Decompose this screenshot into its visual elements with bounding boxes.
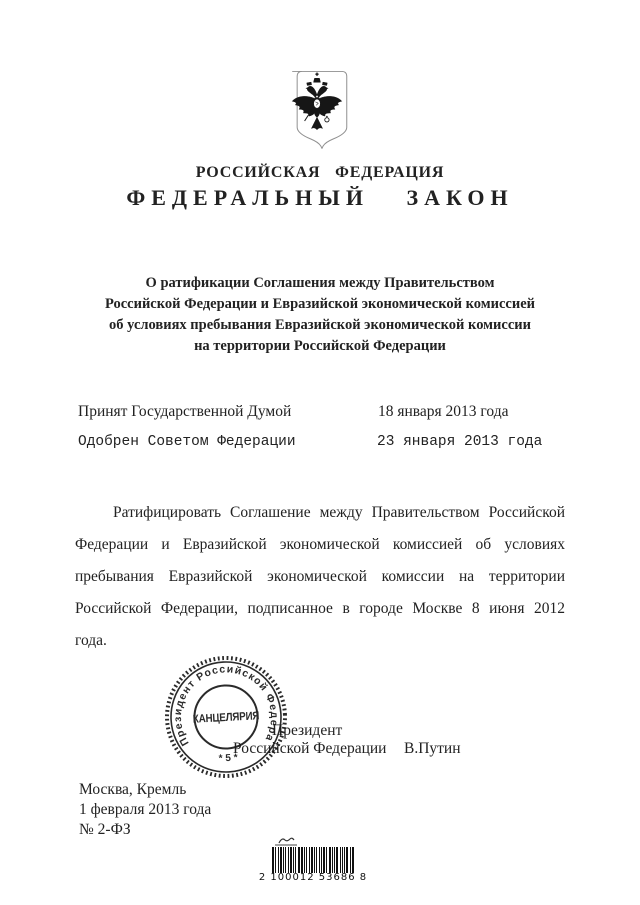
law-title-line: Российской Федерации и Евразийской эконо…: [40, 294, 600, 315]
coat-of-arms: [286, 70, 348, 151]
footer-law-number: № 2-ФЗ: [79, 820, 211, 840]
barcode-bar: [326, 847, 327, 873]
barcode-bar: [285, 847, 286, 873]
barcode-bar: [323, 847, 325, 873]
law-title-line: об условиях пребывания Евразийской эконо…: [40, 315, 600, 336]
barcode-bar: [352, 847, 354, 873]
barcode-bar: [314, 847, 315, 873]
barcode-bar: [278, 847, 279, 873]
barcode-bar: [346, 847, 348, 873]
council-approval-date: 23 января 2013 года: [377, 434, 542, 450]
footer-place: Москва, Кремль: [79, 780, 211, 800]
barcode-bar: [298, 847, 300, 873]
barcode-bar: [334, 847, 335, 873]
stamp-copy-number: * 5 *: [218, 752, 238, 764]
law-title-line: на территории Российской Федерации: [40, 336, 600, 357]
body-line: Российской Федерации, подписанное в горо…: [75, 593, 565, 657]
barcode-bar: [329, 847, 331, 873]
barcode-bar: [283, 847, 284, 873]
barcode-bar: [316, 847, 317, 873]
barcode-bar: [293, 847, 294, 873]
stamp-center-text: КАНЦЕЛЯРИЯ: [193, 710, 260, 726]
barcode-bar: [272, 847, 274, 873]
barcode-bar: [344, 847, 345, 873]
country-heading: РОССИЙСКАЯ ФЕДЕРАЦИЯ: [0, 164, 640, 182]
barcode-bar: [340, 847, 341, 873]
document-type-heading: ФЕДЕРАЛЬНЫЙ ЗАКОН: [0, 185, 640, 211]
ratification-paragraph: Ратифицировать Соглашение между Правител…: [75, 497, 565, 657]
barcode-bar: [295, 847, 296, 873]
duma-adoption-label: Принят Государственной Думой: [78, 403, 291, 421]
barcode-bar: [288, 847, 289, 873]
barcode-bar: [306, 847, 307, 873]
barcode-bar: [304, 847, 305, 873]
barcode-bar: [301, 847, 303, 873]
barcode-bar: [290, 847, 292, 873]
law-title: О ратификации Соглашения между Правитель…: [40, 273, 600, 357]
barcode-bar: [342, 847, 343, 873]
barcode-bar: [275, 847, 276, 873]
barcode-bar: [319, 847, 320, 873]
chancellery-stamp: Президент Российской Федерации * 5 * КАН…: [159, 650, 294, 785]
barcode-bar: [280, 847, 282, 873]
law-title-line: О ратификации Соглашения между Правитель…: [40, 273, 600, 294]
barcode-bar: [311, 847, 313, 873]
stamp-ring-text: Президент Российской Федерации: [159, 650, 282, 750]
duma-adoption-date: 18 января 2013 года: [378, 403, 508, 421]
barcode-bar: [336, 847, 338, 873]
svg-text:Президент Российской Федерации: Президент Российской Федерации: [159, 650, 282, 750]
barcode-bar: [309, 847, 310, 873]
ink-smudge: [273, 835, 301, 847]
barcode-digits: 2 100012 53686 8: [258, 872, 368, 883]
body-line: Ратифицировать Соглашение между Правител…: [75, 497, 565, 529]
footer-date: 1 февраля 2013 года: [79, 800, 211, 820]
footer-block: Москва, Кремль 1 февраля 2013 года № 2-Ф…: [79, 780, 211, 840]
barcode-bar: [350, 847, 351, 873]
body-line: Федерации и Евразийской экономической ко…: [75, 529, 565, 561]
barcode: [272, 847, 354, 873]
barcode-bar: [321, 847, 322, 873]
signature-name: В.Путин: [404, 740, 461, 758]
russia-coat-of-arms-icon: [286, 70, 348, 151]
barcode-bar: [332, 847, 333, 873]
body-line: пребывания Евразийской экономической ком…: [75, 561, 565, 593]
council-approval-label: Одобрен Советом Федерации: [78, 434, 296, 450]
